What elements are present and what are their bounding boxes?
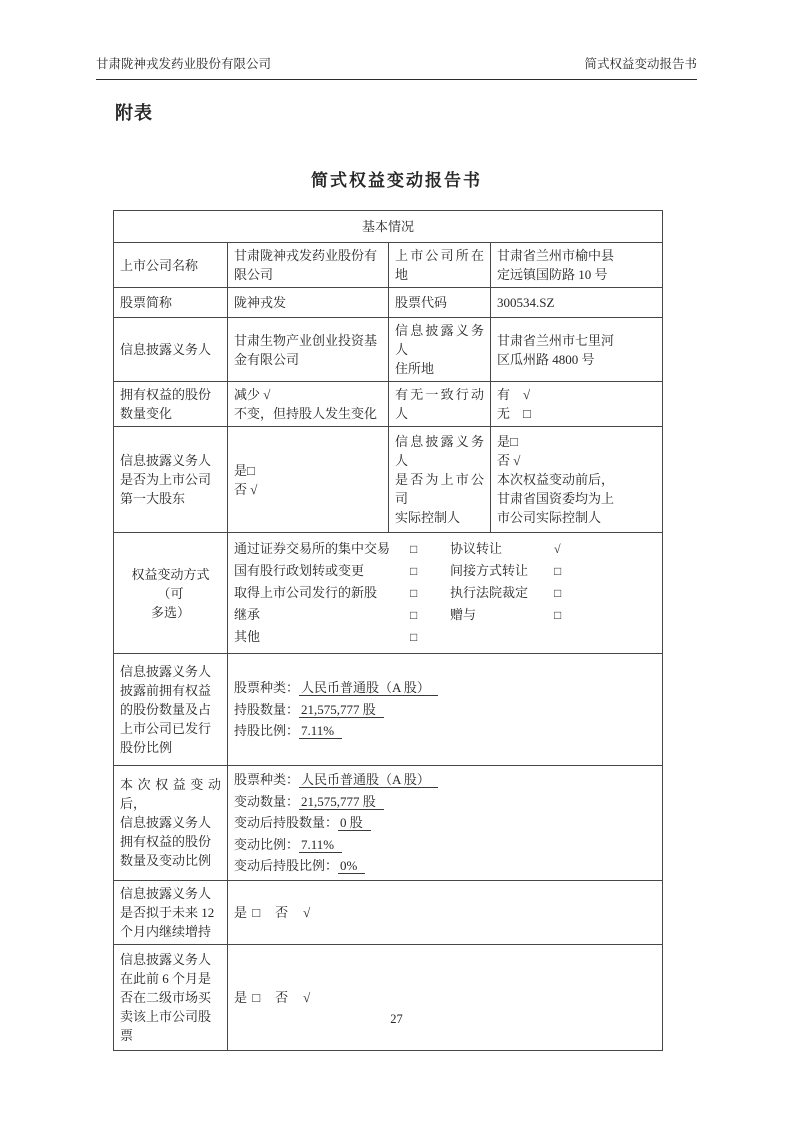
field-value: 7.11% [299,723,342,739]
table-row-share-change: 拥有权益的股份 数量变化 减少 √ 不变，但持股人发生变化 有无一致行动人 有 … [114,382,663,427]
field-value: 0% [338,858,365,874]
equity-change-options: 通过证券交易所的集中交易 □ 协议转让 √ 国有股行政划转或变更 □ 间接方式转… [228,533,663,654]
option-row: 继承 □ 赠与 □ [234,604,656,626]
option-label: 国有股行政划转或变更 [234,560,410,582]
post-change-holdings-fields: 股票种类：人民币普通股（A 股） 变动数量：21,575,777 股 变动后持股… [228,766,663,881]
label-stock-short-name: 股票简称 [114,288,228,318]
value-is-largest-shareholder: 是□ 否 √ [228,427,389,533]
checkbox-icon: □ [554,560,656,582]
field-line: 持股比例：7.11% [234,720,656,742]
checkbox-icon: □ [410,626,450,648]
field-line: 股票种类：人民币普通股（A 股） [234,769,656,791]
appendix-heading: 附表 [115,99,153,125]
option-row: 取得上市公司发行的新股 □ 执行法院裁定 □ [234,582,656,604]
checkbox-icon: □ [410,560,450,582]
value-information-discloser: 甘肃生物产业创业投资基 金有限公司 [228,318,389,382]
field-line: 变动数量：21,575,777 股 [234,791,656,813]
value-company-location: 甘肃省兰州市榆中县 定远镇国防路 10 号 [491,243,663,288]
field-value: 人民币普通股（A 股） [299,680,438,696]
option-label: 执行法院裁定 [450,582,554,604]
label-is-actual-controller: 信息披露义务人 是否为上市公司 实际控制人 [389,427,491,533]
checkbox-icon: □ [410,538,450,560]
pre-disclosure-holdings-fields: 股票种类：人民币普通股（A 股） 持股数量：21,575,777 股 持股比例：… [228,654,663,766]
table-row-change-method: 权益变动方式（可 多选） 通过证券交易所的集中交易 □ 协议转让 √ 国有股行政… [114,533,663,654]
page-number: 27 [0,1012,793,1027]
table-row-prior-trading: 信息披露义务人 在此前 6 个月是 否在二级市场买 卖该上市公司股 票 是 □ … [114,944,663,1050]
label-prior-6-month-trading: 信息披露义务人 在此前 6 个月是 否在二级市场买 卖该上市公司股 票 [114,944,228,1050]
checkmark-icon: √ [554,538,656,560]
document-page: 甘肃陇神戎发药业股份有限公司 简式权益变动报告书 附表 简式权益变动报告书 基本… [0,0,793,1122]
label-equity-change-method: 权益变动方式（可 多选） [114,533,228,654]
running-header: 甘肃陇神戎发药业股份有限公司 简式权益变动报告书 [96,54,697,80]
label-listed-company-name: 上市公司名称 [114,243,228,288]
running-header-company: 甘肃陇神戎发药业股份有限公司 [96,54,271,72]
field-label: 变动后持股比例： [234,858,338,873]
field-label: 变动数量： [234,794,299,809]
label-post-change-holdings: 本次权益变动后， 信息披露义务人 拥有权益的股份 数量及变动比例 [114,766,228,881]
option-row: 国有股行政划转或变更 □ 间接方式转让 □ [234,560,656,582]
checkbox-icon: □ [410,604,450,626]
field-line: 股票种类：人民币普通股（A 股） [234,677,656,699]
field-label: 股票种类： [234,772,299,787]
label-pre-disclosure-holdings: 信息披露义务人 披露前拥有权益 的股份数量及占 上市公司已发行 股份比例 [114,654,228,766]
value-equity-quantity-change: 减少 √ 不变，但持股人发生变化 [228,382,389,427]
field-line: 变动比例：7.11% [234,834,656,856]
option-row: 其他 □ [234,626,656,648]
label-is-largest-shareholder: 信息披露义务人 是否为上市公司 第一大股东 [114,427,228,533]
field-line: 变动后持股比例：0% [234,855,656,877]
document-title: 简式权益变动报告书 [0,166,793,191]
label-future-12-month-increase: 信息披露义务人 是否拟于未来 12 个月内继续增持 [114,880,228,944]
label-equity-quantity-change: 拥有权益的股份 数量变化 [114,382,228,427]
option-label: 协议转让 [450,538,554,560]
basic-info-table: 基本情况 上市公司名称 甘肃陇神戎发药业股份有 限公司 上市公司所在地 甘肃省兰… [113,210,663,1051]
label-information-discloser: 信息披露义务人 [114,318,228,382]
option-label: 通过证券交易所的集中交易 [234,538,410,560]
field-label: 变动比例： [234,837,299,852]
table-row-future-increase: 信息披露义务人 是否拟于未来 12 个月内继续增持 是 □ 否 √ [114,880,663,944]
field-label: 持股比例： [234,723,299,738]
field-value: 21,575,777 股 [299,794,384,810]
label-stock-code: 股票代码 [389,288,491,318]
option-label [450,626,554,648]
table-row-company-name: 上市公司名称 甘肃陇神戎发药业股份有 限公司 上市公司所在地 甘肃省兰州市榆中县… [114,243,663,288]
value-concerted-actors: 有 √ 无 □ [491,382,663,427]
table-row-section-header: 基本情况 [114,211,663,243]
option-label: 间接方式转让 [450,560,554,582]
label-discloser-address: 信息披露义务人 住所地 [389,318,491,382]
field-value: 0 股 [338,815,371,831]
field-line: 持股数量：21,575,777 股 [234,699,656,721]
option-label: 继承 [234,604,410,626]
field-label: 变动后持股数量： [234,815,338,830]
value-stock-short-name: 陇神戎发 [228,288,389,318]
value-prior-6-month-trading: 是 □ 否 √ [228,944,663,1050]
checkbox-icon: □ [554,604,656,626]
label-company-location: 上市公司所在地 [389,243,491,288]
value-future-12-month-increase: 是 □ 否 √ [228,880,663,944]
table-row-post-change-holdings: 本次权益变动后， 信息披露义务人 拥有权益的股份 数量及变动比例 股票种类：人民… [114,766,663,881]
option-mark [554,626,656,648]
table-row-ticker: 股票简称 陇神戎发 股票代码 300534.SZ [114,288,663,318]
running-header-doc-type: 简式权益变动报告书 [584,54,697,72]
field-value: 21,575,777 股 [299,702,384,718]
field-line: 变动后持股数量：0 股 [234,812,656,834]
value-is-actual-controller: 是□ 否 √ 本次权益变动前后， 甘肃省国资委均为上 市公司实际控制人 [491,427,663,533]
field-value: 人民币普通股（A 股） [299,772,438,788]
value-listed-company-name: 甘肃陇神戎发药业股份有 限公司 [228,243,389,288]
table-row-pre-disclosure-holdings: 信息披露义务人 披露前拥有权益 的股份数量及占 上市公司已发行 股份比例 股票种… [114,654,663,766]
section-title: 基本情况 [114,211,663,243]
field-label: 持股数量： [234,702,299,717]
table-row-largest-shareholder: 信息披露义务人 是否为上市公司 第一大股东 是□ 否 √ 信息披露义务人 是否为… [114,427,663,533]
field-value: 7.11% [299,837,342,853]
table-row-discloser: 信息披露义务人 甘肃生物产业创业投资基 金有限公司 信息披露义务人 住所地 甘肃… [114,318,663,382]
checkbox-icon: □ [410,582,450,604]
option-label: 其他 [234,626,410,648]
option-label: 取得上市公司发行的新股 [234,582,410,604]
field-label: 股票种类： [234,680,299,695]
option-row: 通过证券交易所的集中交易 □ 协议转让 √ [234,538,656,560]
checkbox-icon: □ [554,582,656,604]
option-label: 赠与 [450,604,554,626]
value-stock-code: 300534.SZ [491,288,663,318]
value-discloser-address: 甘肃省兰州市七里河 区瓜州路 4800 号 [491,318,663,382]
label-concerted-actors: 有无一致行动人 [389,382,491,427]
